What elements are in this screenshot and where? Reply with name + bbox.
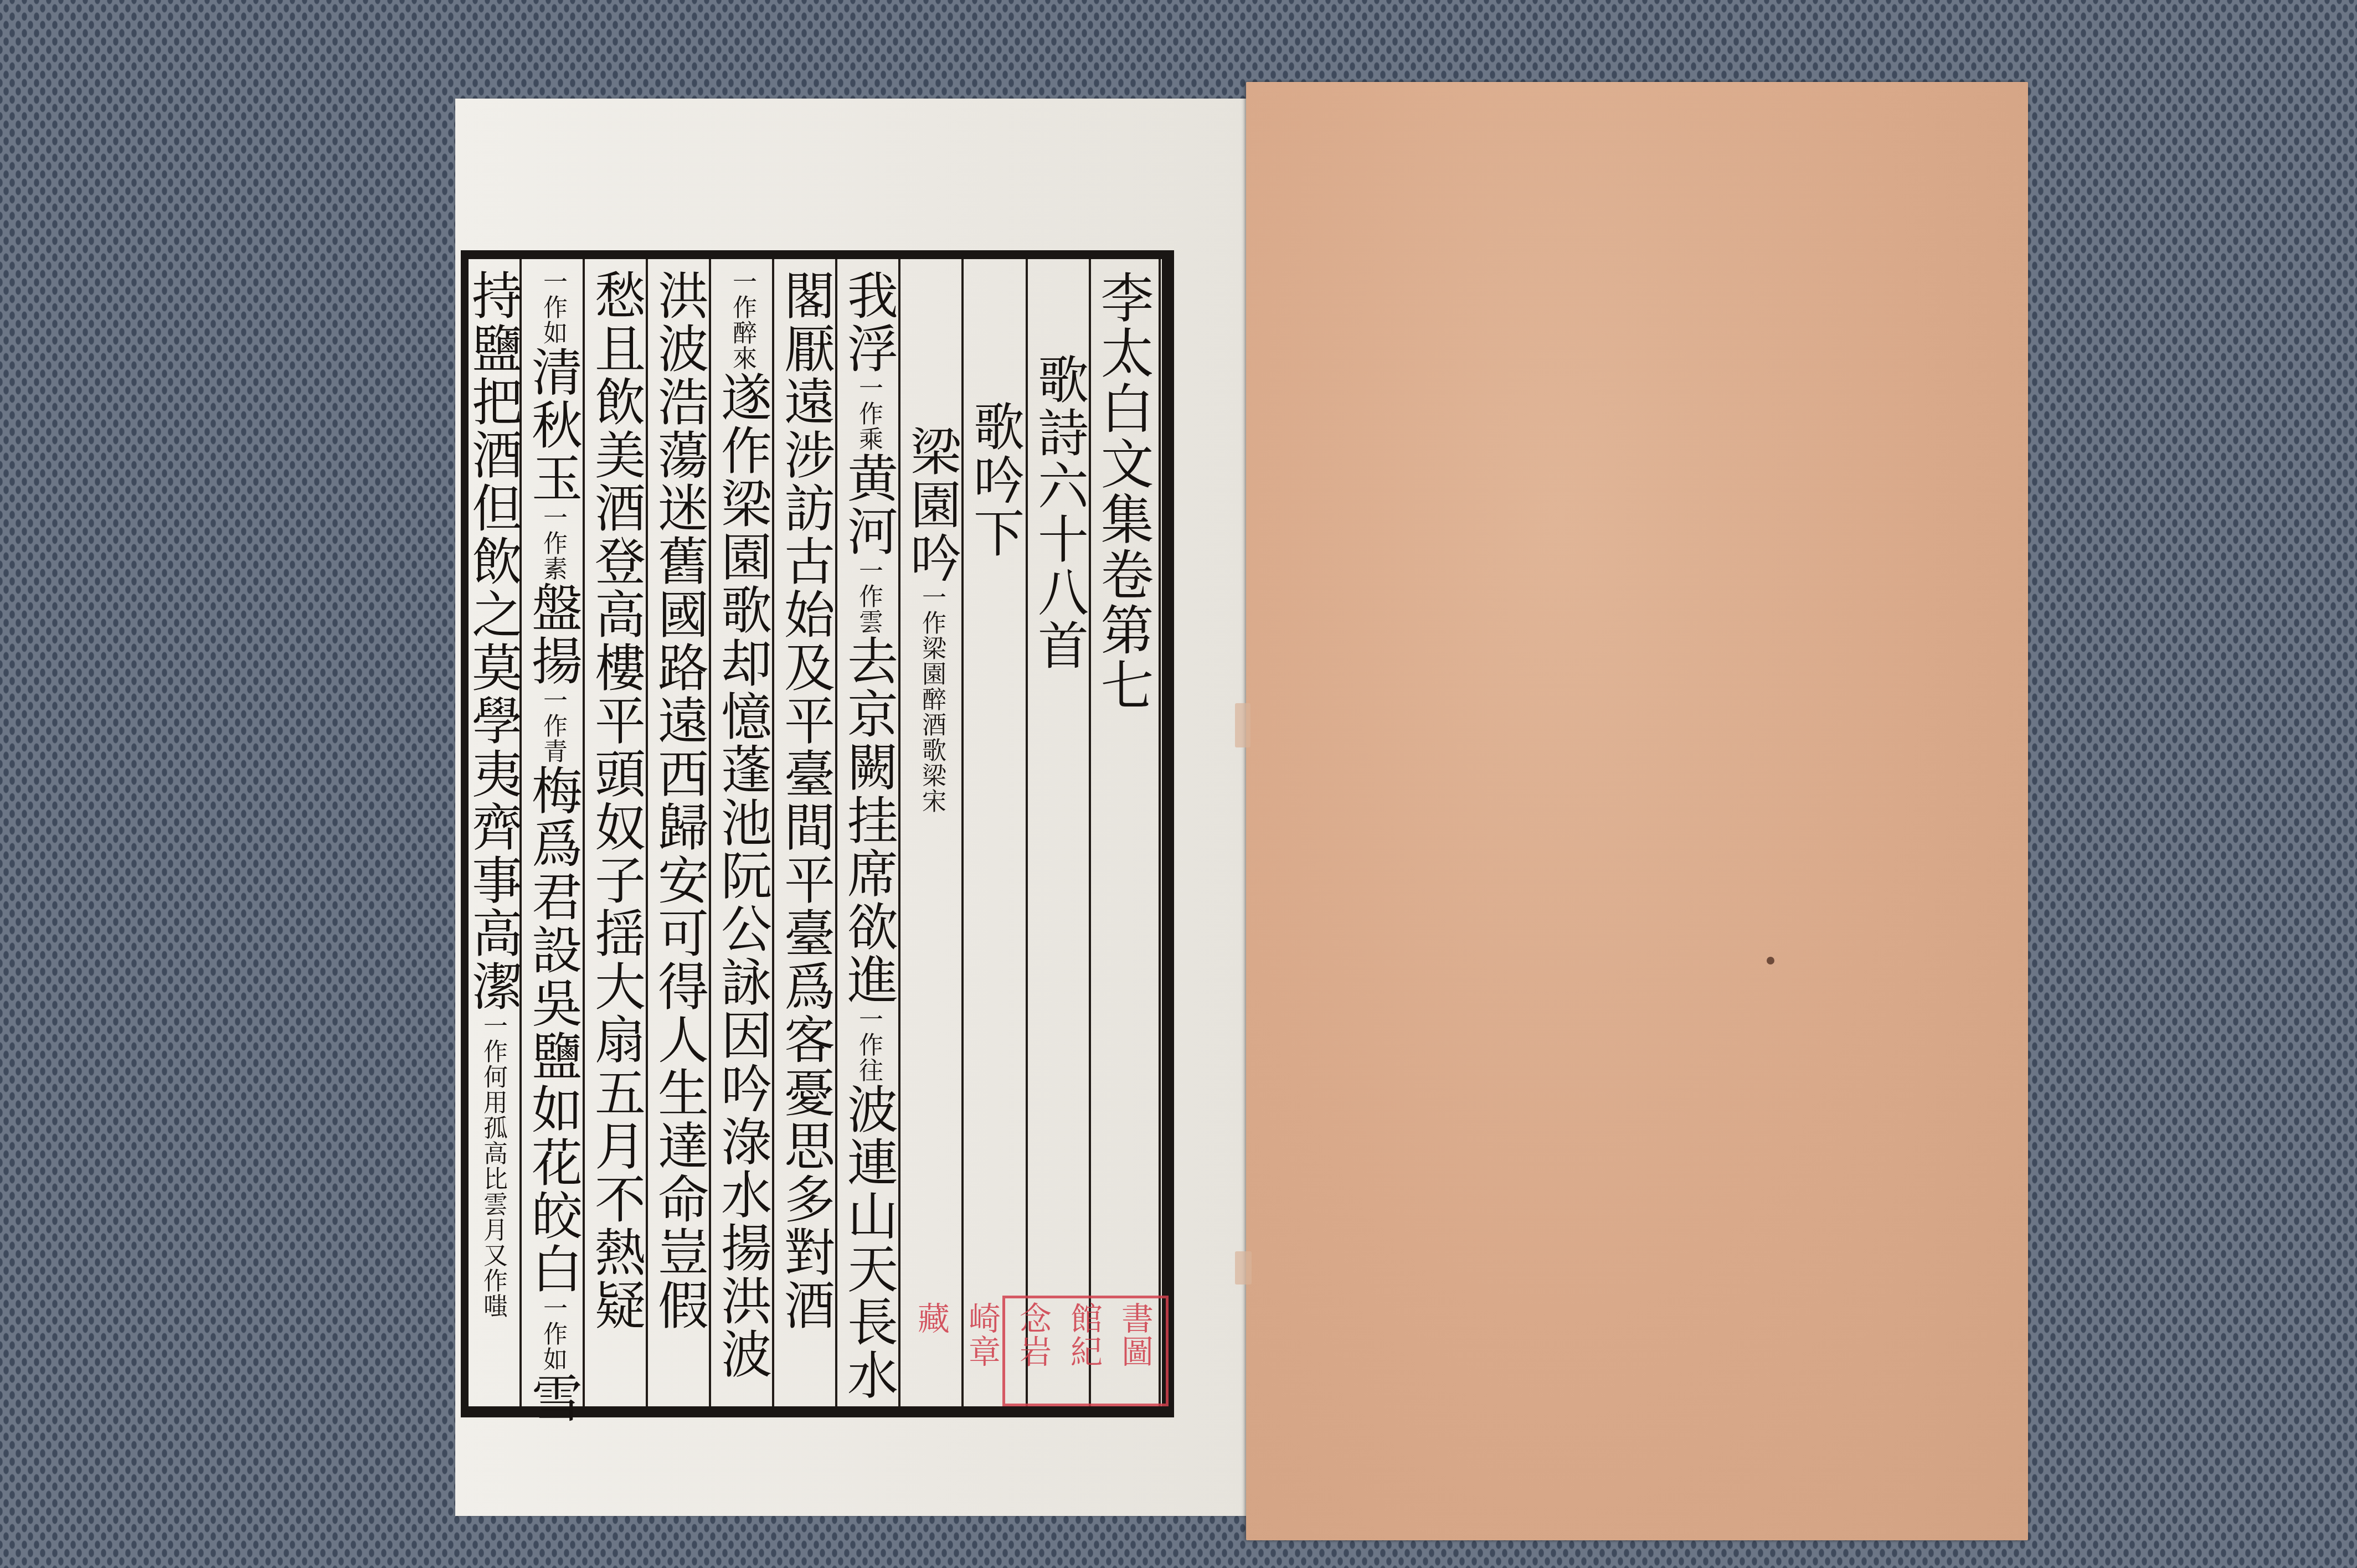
body-text: 黄河 xyxy=(839,452,898,558)
body-text: 洪波浩蕩迷舊國路遠西歸安可得人生達命豈假 xyxy=(650,269,709,1332)
body-column-6: 一作如清秋玉一作素盤揚一作青梅爲君設吳鹽如花皎白一作如雪 xyxy=(524,269,581,1425)
printed-border-frame: 李太白文集卷第七 歌詩六十八首 歌吟下 梁園吟一作梁園醉酒歌梁宋 我浮一作乘黄河… xyxy=(461,250,1174,1417)
poem-title-note: 一作梁園醉酒歌梁宋 xyxy=(918,585,945,917)
body-column-2: 閣厭遠涉訪古始及平臺間平臺爲客憂思多對酒 xyxy=(776,269,834,1332)
variant-note: 一作乘 xyxy=(855,375,882,452)
column-rule xyxy=(1089,259,1091,1406)
poem-title-column: 梁園吟一作梁園醉酒歌梁宋 xyxy=(903,425,960,917)
body-text: 梅爲君設吳鹽如花皎白 xyxy=(523,764,583,1296)
subsection-heading: 歌吟下 xyxy=(966,400,1023,560)
variant-note: 一作醉來 xyxy=(728,269,756,371)
body-text: 雪 xyxy=(523,1372,583,1425)
column-rule xyxy=(835,259,837,1406)
book-title: 李太白文集卷第七 xyxy=(1094,270,1152,713)
column-rule xyxy=(1159,259,1161,1406)
body-column-7: 持鹽把酒但飲之莫學夷齊事高潔一作何用孤高比雲月又作嗤 xyxy=(464,269,522,1319)
red-library-seal-stamp: 書圖館紀念岩崎章藏 xyxy=(1002,1296,1169,1406)
body-text: 去京闕挂席欲進 xyxy=(839,635,898,1007)
variant-note: 一作何用孤高比雲月又作嗤 xyxy=(479,1013,507,1319)
body-text: 我浮 xyxy=(839,269,898,375)
variant-note: 一作素 xyxy=(539,505,567,581)
body-column-5: 愁且飲美酒登高樓平頭奴子揺大扇五月不熱疑 xyxy=(587,269,645,1332)
body-text: 波連山天長水 xyxy=(839,1083,898,1402)
body-column-1: 我浮一作乘黄河一作雲去京闕挂席欲進一作往波連山天長水 xyxy=(840,269,897,1402)
body-text: 愁且飲美酒登高樓平頭奴子揺大扇五月不熱疑 xyxy=(586,269,646,1332)
section-heading: 歌詩六十八首 xyxy=(1030,353,1088,672)
variant-note: 一作如 xyxy=(539,269,567,345)
column-rule xyxy=(961,259,964,1406)
column-rule xyxy=(772,259,774,1406)
column-rule xyxy=(709,259,711,1406)
variant-note: 一作如 xyxy=(539,1296,567,1372)
body-text: 閣厭遠涉訪古始及平臺間平臺爲客憂思多對酒 xyxy=(776,269,835,1332)
column-rule xyxy=(1026,259,1028,1406)
column-rule xyxy=(646,259,648,1406)
body-column-3: 一作醉來遂作梁園歌却憶蓬池阮公詠因吟淥水揚洪波 xyxy=(713,269,771,1381)
column-rule xyxy=(583,259,585,1406)
variant-note: 一作雲 xyxy=(855,558,882,635)
fold-stain xyxy=(1235,1251,1252,1285)
cover-stain-spot xyxy=(1767,957,1774,964)
variant-note: 一作青 xyxy=(539,688,567,764)
body-text: 盤揚 xyxy=(523,581,583,688)
right-cover-page xyxy=(1246,82,2028,1540)
column-rule xyxy=(898,259,900,1406)
body-text: 遂作梁園歌却憶蓬池阮公詠因吟淥水揚洪波 xyxy=(713,371,772,1381)
body-text: 清秋玉 xyxy=(523,345,583,505)
poem-title: 梁園吟 xyxy=(902,425,961,585)
variant-note: 一作往 xyxy=(855,1007,882,1083)
body-text: 持鹽把酒但飲之莫學夷齊事高潔 xyxy=(464,269,523,1013)
body-column-4: 洪波浩蕩迷舊國路遠西歸安可得人生達命豈假 xyxy=(650,269,708,1332)
fold-stain xyxy=(1235,703,1250,747)
